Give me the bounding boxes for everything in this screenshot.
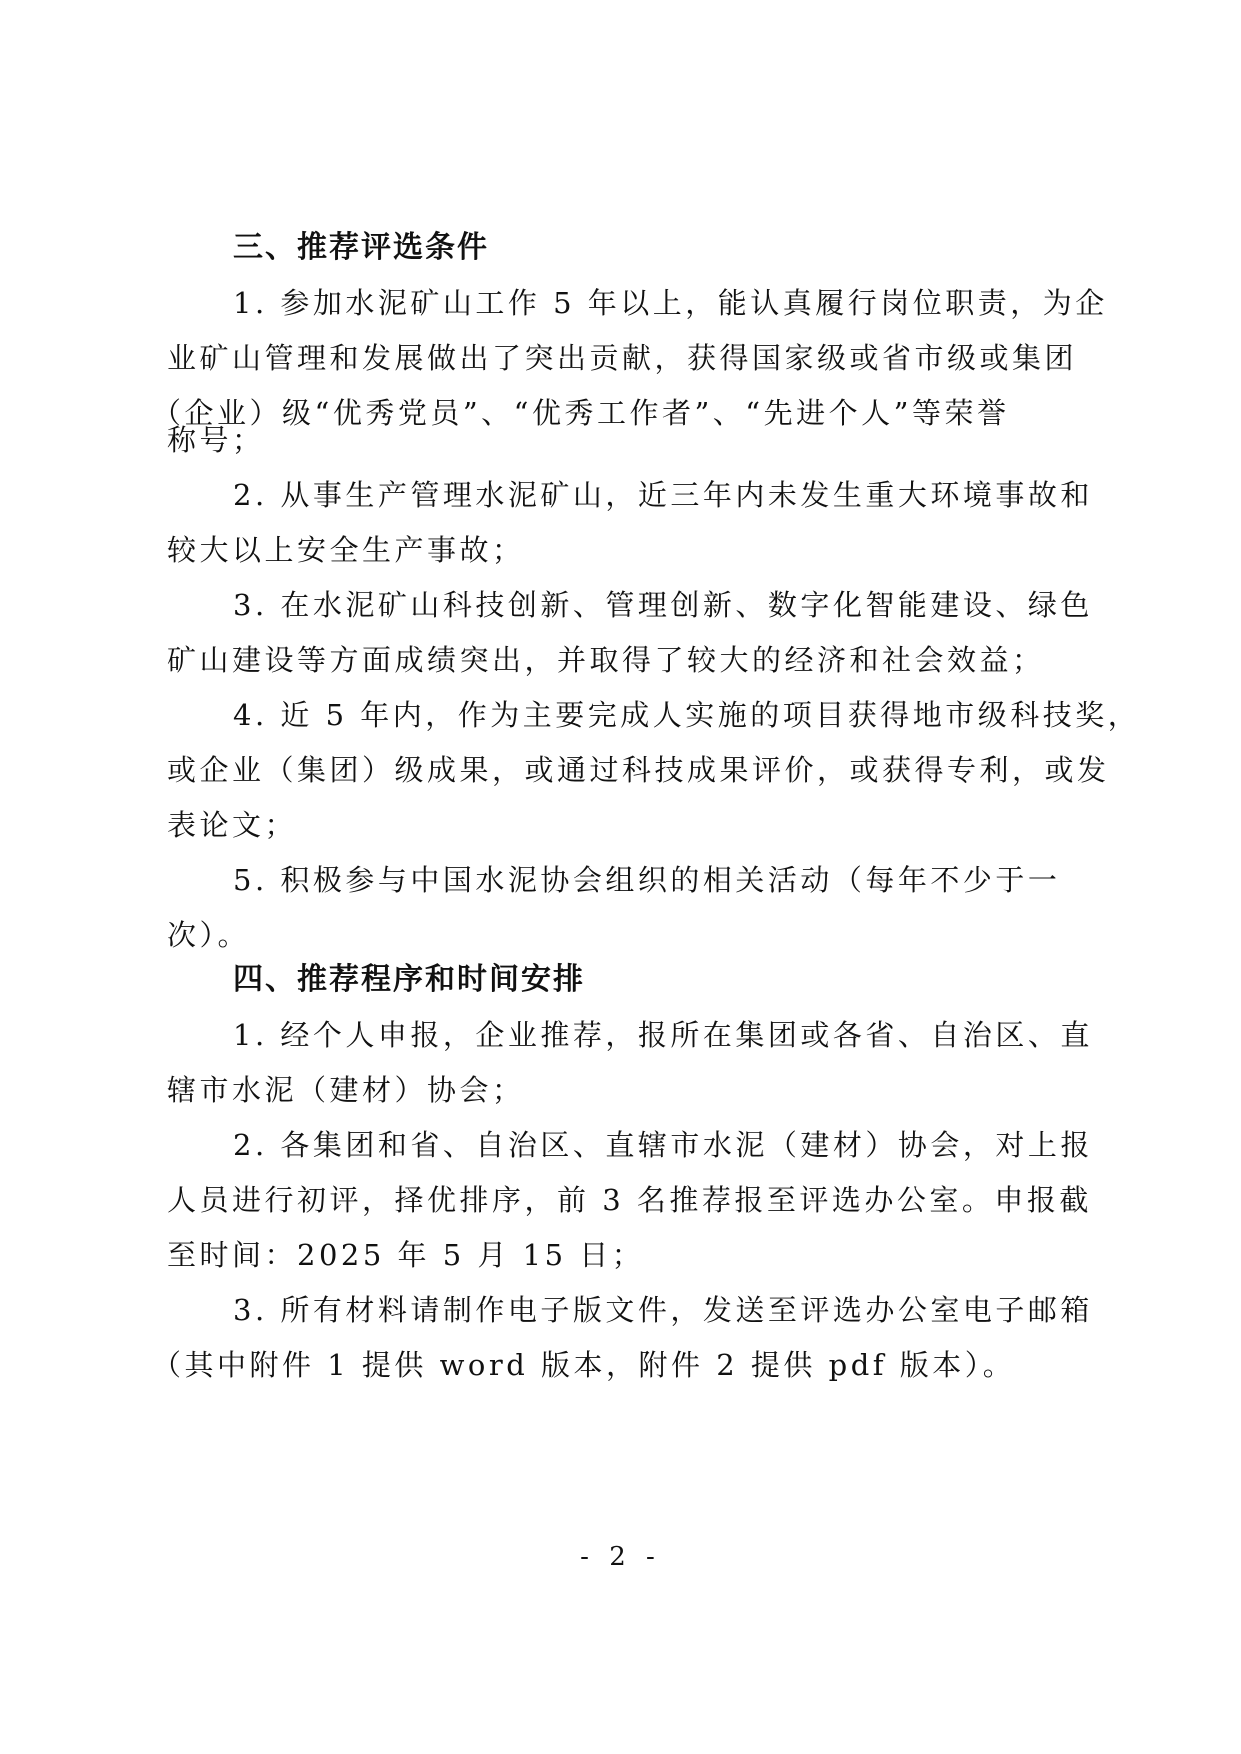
paragraph-line: 人员进行初评，择优排序，前 3 名推荐报至评选办公室。申报截	[167, 1180, 1092, 1220]
paragraph-line: 3. 所有材料请制作电子版文件，发送至评选办公室电子邮箱	[233, 1290, 1093, 1330]
paragraph-line: 至时间：2025 年 5 月 15 日；	[167, 1235, 644, 1275]
paragraph-line: 1. 经个人申报，企业推荐，报所在集团或各省、自治区、直	[233, 1015, 1093, 1055]
paragraph-line: 1. 参加水泥矿山工作 5 年以上，能认真履行岗位职责，为企	[233, 283, 1108, 323]
page-number: - 2 -	[0, 1542, 1241, 1572]
paragraph-line: 5. 积极参与中国水泥协会组织的相关活动（每年不少于一	[233, 860, 1060, 900]
paragraph-line: 2. 从事生产管理水泥矿山，近三年内未发生重大环境事故和	[233, 475, 1093, 515]
paragraph-line: 业矿山管理和发展做出了突出贡献，获得国家级或省市级或集团	[167, 338, 1077, 378]
paragraph-line: （企业）级“优秀党员”、“优秀工作者”、“先进个人”等荣誉	[152, 393, 1009, 433]
paragraph-line: 2. 各集团和省、自治区、直辖市水泥（建材）协会，对上报	[233, 1125, 1093, 1165]
paragraph-line: （其中附件 1 提供 word 版本，附件 2 提供 pdf 版本）。	[152, 1345, 1015, 1385]
paragraph-line: 较大以上安全生产事故；	[167, 530, 525, 570]
paragraph-line: 表论文；	[167, 805, 297, 845]
paragraph-line: 次）。	[167, 915, 250, 955]
paragraph-line: 矿山建设等方面成绩突出，并取得了较大的经济和社会效益；	[167, 640, 1045, 680]
paragraph-line: 3. 在水泥矿山科技创新、管理创新、数字化智能建设、绿色	[233, 585, 1093, 625]
section-heading-procedure: 四、推荐程序和时间安排	[233, 960, 585, 1000]
paragraph-line: 称号；	[167, 420, 265, 460]
paragraph-line: 或企业（集团）级成果，或通过科技成果评价，或获得专利，或发	[167, 750, 1110, 790]
document-page: 三、推荐评选条件 1. 参加水泥矿山工作 5 年以上，能认真履行岗位职责，为企 …	[0, 0, 1241, 1754]
paragraph-line: 辖市水泥（建材）协会；	[167, 1070, 525, 1110]
paragraph-line: 4. 近 5 年内，作为主要完成人实施的项目获得地市级科技奖，	[233, 695, 1140, 735]
section-heading-criteria: 三、推荐评选条件	[233, 228, 489, 268]
